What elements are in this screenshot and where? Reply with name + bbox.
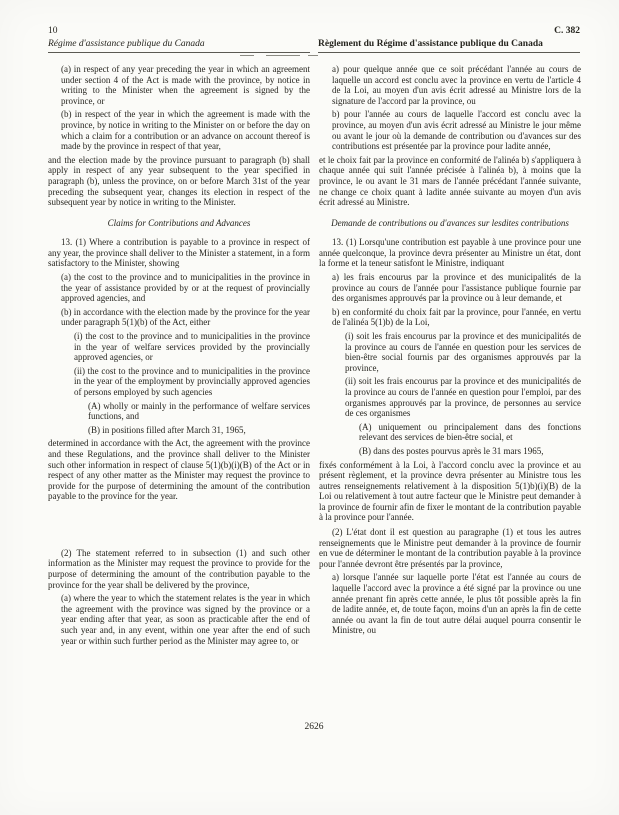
paragraph: (i) the cost to the province and to muni… [48,331,310,363]
section-heading: Demande de contributions ou d'avances su… [327,218,573,230]
document-page: 10 Régime d'assistance publique du Canad… [0,0,619,815]
paragraph: 13. (1) Lorsqu'une contribution est paya… [319,237,581,269]
paragraph: (ii) soit les frais encourus par la prov… [319,376,581,418]
paragraph: a) pour quelque année que ce soit précéd… [319,64,581,106]
paragraph: (b) in accordance with the election made… [48,307,310,328]
paragraph: (a) where the year to which the statemen… [48,593,310,646]
header-rule-fragment [308,55,318,56]
paragraph: a) les frais encourus par la province et… [319,272,581,304]
page-footer-number: 2626 [48,722,580,732]
chapter-number: C. 382 [318,26,580,37]
paragraph: b) en conformité du choix fait par la pr… [319,307,581,328]
page-number-left: 10 [48,26,310,37]
running-title-left: Régime d'assistance publique du Canada [48,38,310,53]
header-left-block: 10 Régime d'assistance publique du Canad… [48,26,310,53]
section-heading: Claims for Contributions and Advances [56,218,302,230]
header-rule-fragment [266,55,300,56]
paragraph: (b) in respect of the year in which the … [48,109,310,151]
paragraph: (2) The statement referred to in subsect… [48,548,310,590]
paragraph: b) pour l'année au cours de laquelle l'a… [319,109,581,151]
paragraph: 13. (1) Where a contribution is payable … [48,237,310,269]
paragraph: (B) in positions filled after March 31, … [48,425,310,436]
paragraph: determined in accordance with the Act, t… [48,438,310,502]
left-column-english: (a) in respect of any year preceding the… [48,64,310,649]
paragraph: (a) the cost to the province and to muni… [48,272,310,304]
right-column-french: a) pour quelque année que ce soit précéd… [319,64,581,649]
paragraph: and the election made by the province pu… [48,155,310,208]
header-right-block: C. 382 Règlement du Régime d'assistance … [318,26,580,53]
two-column-body: (a) in respect of any year preceding the… [48,64,581,649]
paragraph: (2) L'état dont il est question au parag… [319,527,581,569]
paragraph: (i) soit les frais encourus par la provi… [319,331,581,373]
paragraph: (B) dans des postes pourvus après le 31 … [319,446,581,457]
paragraph: (A) wholly or mainly in the performance … [48,401,310,422]
paragraph: et le choix fait par la province en conf… [319,155,581,208]
paragraph: a) lorsque l'année sur laquelle porte l'… [319,572,581,636]
paragraph: (a) in respect of any year preceding the… [48,64,310,106]
paragraph: (ii) the cost to the province and to mun… [48,366,310,398]
paragraph: fixés conformément à la Loi, à l'accord … [319,460,581,524]
running-title-right: Règlement du Régime d'assistance publiqu… [318,38,580,53]
page-header: 10 Régime d'assistance publique du Canad… [48,26,580,53]
paragraph: (A) uniquement ou principalement dans de… [319,422,581,443]
header-rule-fragment [240,55,254,56]
